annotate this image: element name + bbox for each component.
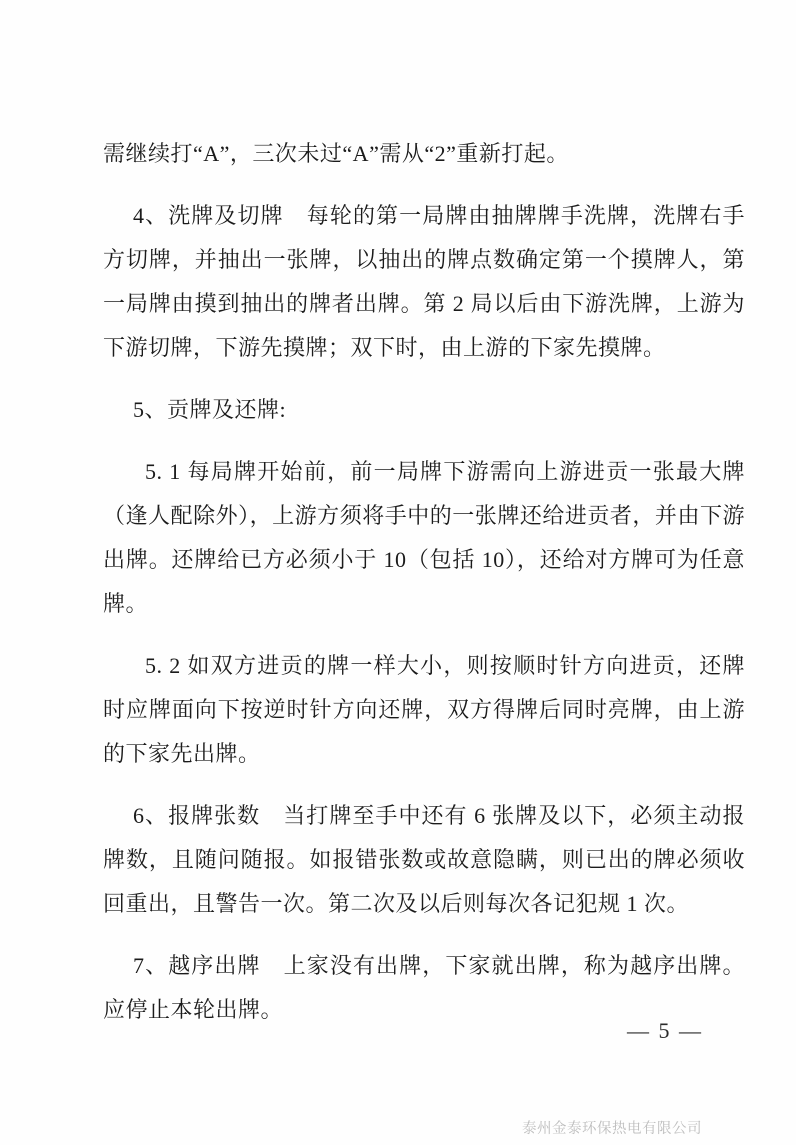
document-page: 需继续打“A”，三次未过“A”需从“2”重新打起。 4、洗牌及切牌 每轮的第一局…: [0, 0, 796, 1145]
footer-company-name: 泰州金泰环保热电有限公司: [522, 1117, 702, 1138]
document-body: 需继续打“A”，三次未过“A”需从“2”重新打起。 4、洗牌及切牌 每轮的第一局…: [103, 132, 745, 1050]
paragraph-rule-6-report-card-count: 6、报牌张数 当打牌至手中还有 6 张牌及以下，必须主动报牌数，且随问随报。如报…: [103, 794, 745, 926]
paragraph-continuation-ace-rule: 需继续打“A”，三次未过“A”需从“2”重新打起。: [103, 132, 745, 176]
page-number: — 5 —: [103, 1018, 703, 1044]
paragraph-rule-5-2-equal-tribute: 5. 2 如双方进贡的牌一样大小，则按顺时针方向进贡，还牌时应牌面向下按逆时针方…: [103, 644, 745, 776]
heading-rule-5-tribute-and-return: 5、贡牌及还牌:: [103, 388, 745, 432]
paragraph-rule-5-1-tribute-before-game: 5. 1 每局牌开始前，前一局牌下游需向上游进贡一张最大牌（逢人配除外），上游方…: [103, 450, 745, 626]
paragraph-rule-4-shuffle-and-cut: 4、洗牌及切牌 每轮的第一局牌由抽牌牌手洗牌，洗牌右手方切牌，并抽出一张牌，以抽…: [103, 194, 745, 370]
